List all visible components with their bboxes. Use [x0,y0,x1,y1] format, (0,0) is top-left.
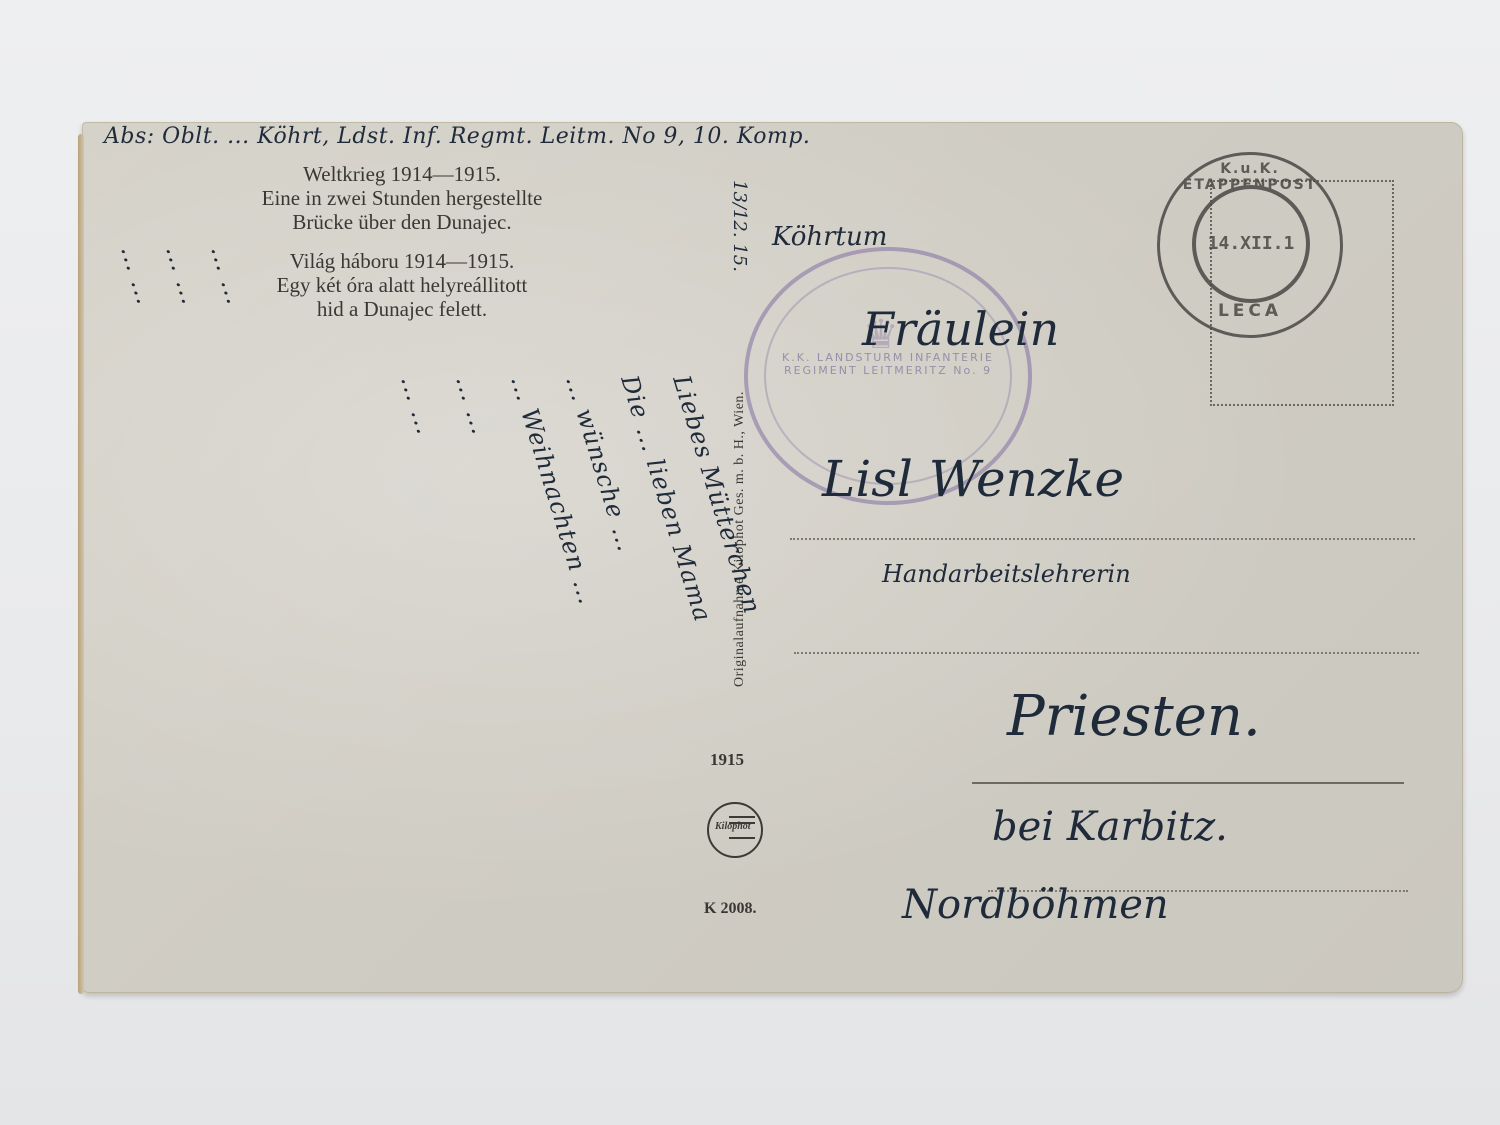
caption-german-line2: Brücke über den Dunajec. [172,210,632,234]
address-town: Priesten. [1007,684,1261,749]
address-line-solid [972,782,1404,784]
address-name: Lisl Wenzke [822,450,1124,508]
kilophot-logo-icon: Kilophot [707,802,763,858]
postcard: Weltkrieg 1914—1915. Eine in zwei Stunde… [82,122,1463,993]
caption-german-title: Weltkrieg 1914—1915. [172,162,632,186]
catalog-number: K 2008. [704,900,756,918]
message-line: ... ... [115,242,159,308]
message-line: ... ... [450,372,494,438]
address-title: Handarbeitslehrerin [882,560,1131,588]
sender-line: Abs: Oblt. ... Köhrt, Ldst. Inf. Regmt. … [104,124,810,149]
address-line-dotted [790,538,1415,540]
print-year: 1915 [710,750,744,770]
caption-hungarian-title: Világ háboru 1914—1915. [172,249,632,273]
caption-german-line1: Eine in zwei Stunden hergestellte [172,186,632,210]
address-salutation: Fräulein [862,302,1059,356]
address-region: Nordböhmen [902,882,1169,928]
signature: Köhrtum [772,222,887,252]
card-edge [78,134,84,994]
address-district: bei Karbitz. [992,804,1228,850]
address-line-dotted [794,652,1419,654]
field-post-postmark: K.u.K. ETAPPENPOST 14.XII.1 LECA [1157,152,1343,338]
handwritten-date: 13/12. 15. [729,180,750,272]
message-line: ... ... [395,372,439,438]
